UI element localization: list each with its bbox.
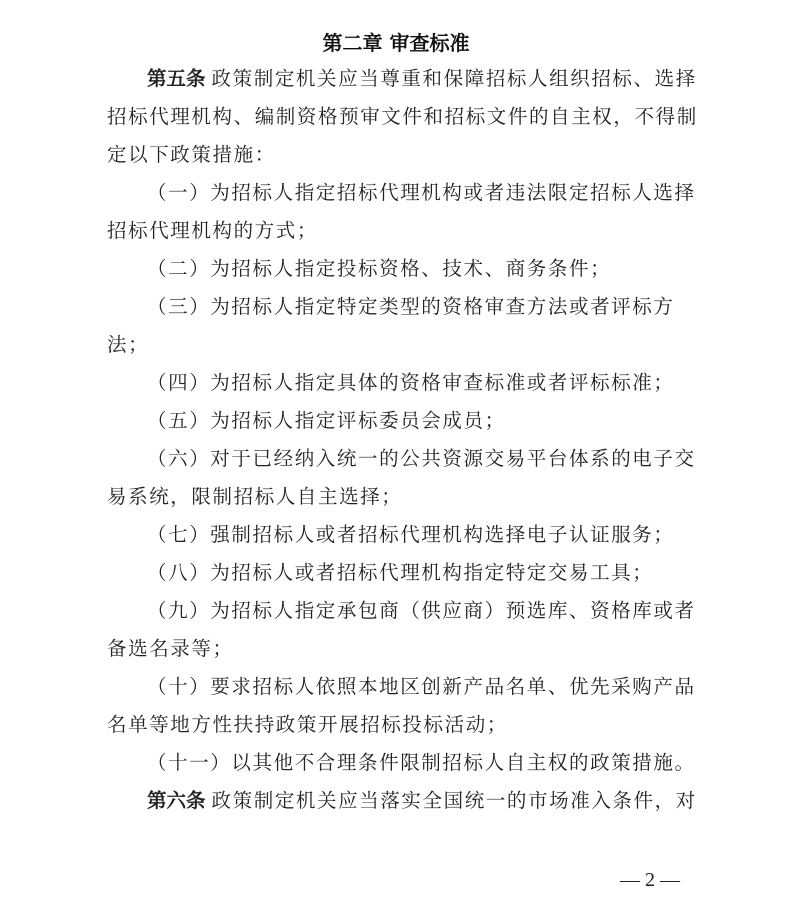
item-6-line-2: 易系统，限制招标人自主选择； (107, 478, 687, 516)
document-body: 第五条政策制定机关应当尊重和保障招标人组织招标、选择 招标代理机构、编制资格预审… (107, 60, 687, 820)
item-5-line-1: （五）为招标人指定评标委员会成员； (107, 402, 687, 440)
item-3-line-2: 法； (107, 326, 687, 364)
item-10-line-2: 名单等地方性扶持政策开展招标投标活动； (107, 706, 687, 744)
article-5-line-1: 第五条政策制定机关应当尊重和保障招标人组织招标、选择 (107, 60, 687, 98)
article-5-line-3: 定以下政策措施： (107, 136, 687, 174)
item-2-line-1: （二）为招标人指定投标资格、技术、商务条件； (107, 250, 687, 288)
article-6-label: 第六条 (147, 789, 206, 812)
page-number: — 2 — (620, 866, 680, 894)
document-page: 第二章 审查标准 第五条政策制定机关应当尊重和保障招标人组织招标、选择 招标代理… (0, 0, 792, 919)
chapter-title: 第二章 审查标准 (0, 28, 792, 58)
article-6-text-1: 政策制定机关应当落实全国统一的市场准入条件，对 (212, 789, 697, 812)
item-3-line-1: （三）为招标人指定特定类型的资格审查方法或者评标方 (107, 288, 687, 326)
item-6-line-1: （六）对于已经纳入统一的公共资源交易平台体系的电子交 (107, 440, 687, 478)
article-5-label: 第五条 (147, 67, 206, 90)
article-6-line-1: 第六条政策制定机关应当落实全国统一的市场准入条件，对 (107, 782, 687, 820)
item-4-line-1: （四）为招标人指定具体的资格审查标准或者评标标准； (107, 364, 687, 402)
article-5-line-2: 招标代理机构、编制资格预审文件和招标文件的自主权，不得制 (107, 98, 687, 136)
item-1-line-1: （一）为招标人指定招标代理机构或者违法限定招标人选择 (107, 174, 687, 212)
item-9-line-1: （九）为招标人指定承包商（供应商）预选库、资格库或者 (107, 592, 687, 630)
item-7-line-1: （七）强制招标人或者招标代理机构选择电子认证服务； (107, 516, 687, 554)
item-8-line-1: （八）为招标人或者招标代理机构指定特定交易工具； (107, 554, 687, 592)
article-5-text-1: 政策制定机关应当尊重和保障招标人组织招标、选择 (212, 67, 697, 90)
item-11-line-1: （十一）以其他不合理条件限制招标人自主权的政策措施。 (107, 744, 687, 782)
item-1-line-2: 招标代理机构的方式； (107, 212, 687, 250)
item-10-line-1: （十）要求招标人依照本地区创新产品名单、优先采购产品 (107, 668, 687, 706)
item-9-line-2: 备选名录等； (107, 630, 687, 668)
